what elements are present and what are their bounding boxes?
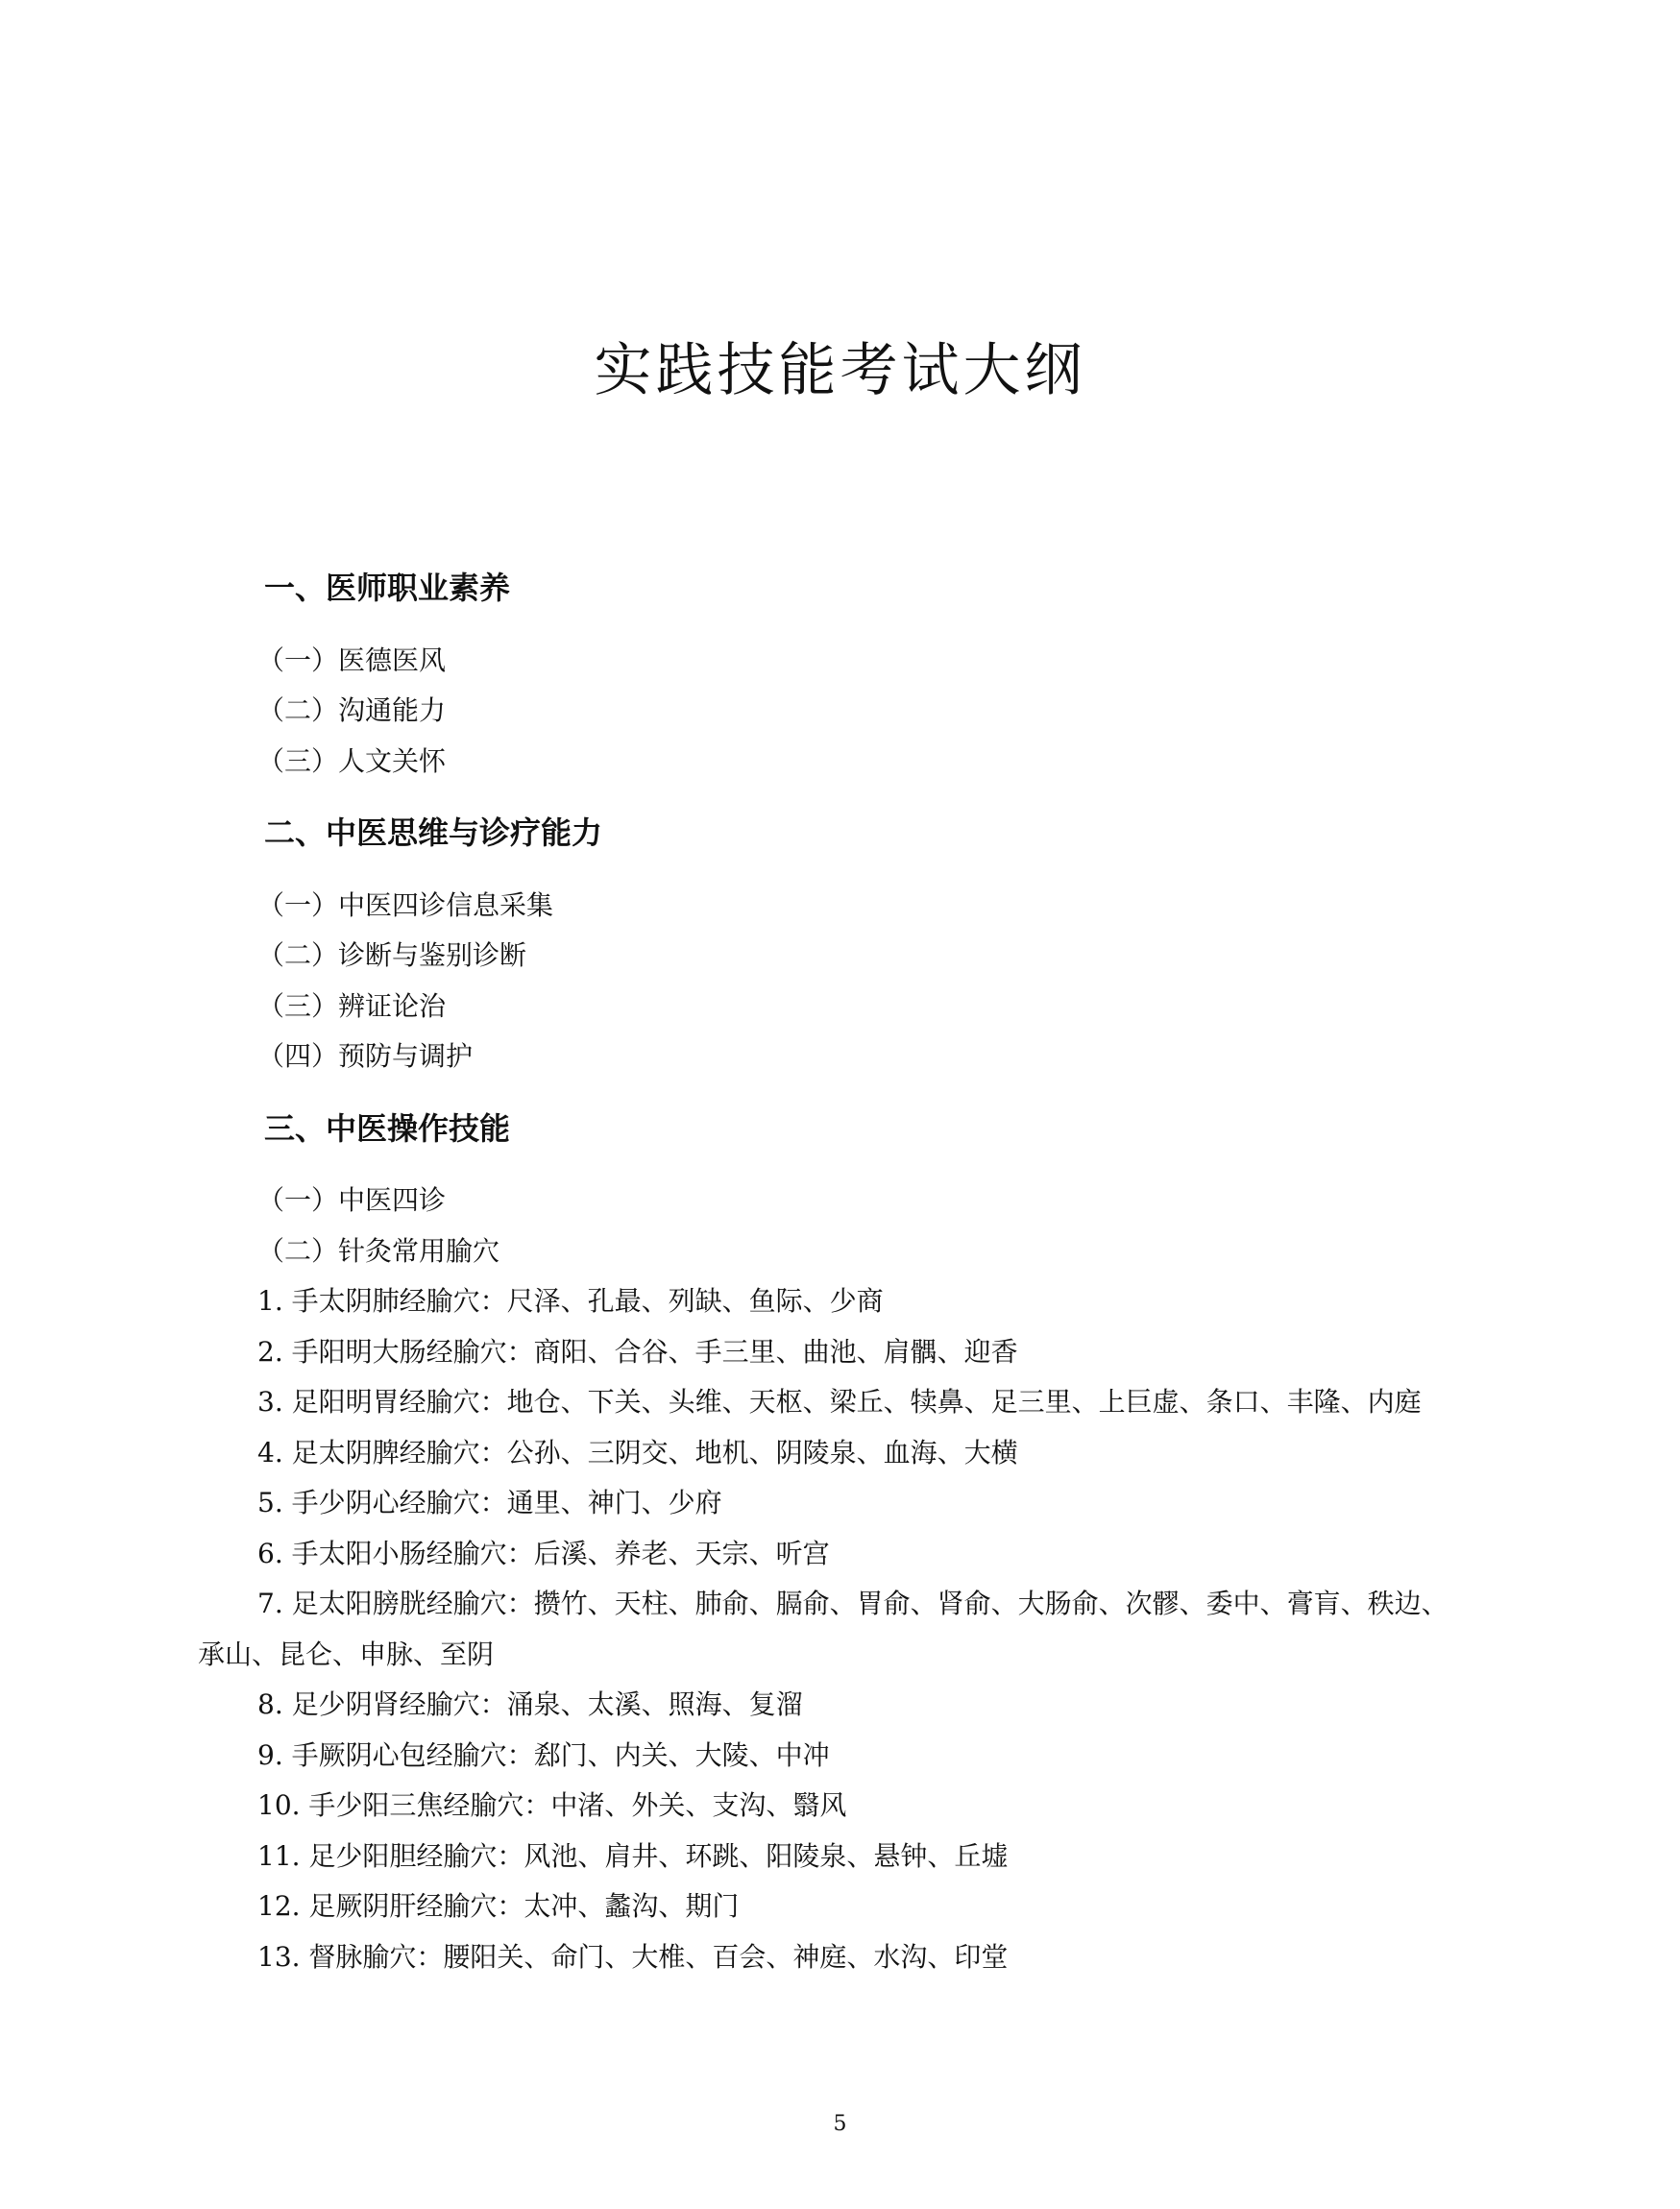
section-heading: 二、中医思维与诊疗能力	[264, 813, 602, 852]
section-heading: 三、中医操作技能	[264, 1109, 510, 1148]
page-number: 5	[0, 2111, 1680, 2138]
section-item: （三）人文关怀	[257, 744, 446, 779]
acupoint-line: 11. 足少阳胆经腧穴：风池、肩井、环跳、阳陵泉、悬钟、丘墟	[257, 1839, 1008, 1874]
section-item: （二）诊断与鉴别诊断	[257, 938, 526, 973]
acupoint-line-continuation: 承山、昆仑、申脉、至阴	[198, 1638, 494, 1672]
acupoint-line: 9. 手厥阴心包经腧穴：郄门、内关、大陵、中冲	[257, 1738, 830, 1773]
acupoint-line: 10. 手少阳三焦经腧穴：中渚、外关、支沟、翳风	[257, 1788, 846, 1823]
acupoint-line: 13. 督脉腧穴：腰阳关、命门、大椎、百会、神庭、水沟、印堂	[257, 1940, 1008, 1975]
section-item: （一）医德医风	[257, 643, 446, 678]
acupoint-line: 5. 手少阴心经腧穴：通里、神门、少府	[257, 1486, 722, 1520]
section-item: （二）沟通能力	[257, 693, 446, 728]
acupoint-line: 1. 手太阴肺经腧穴：尺泽、孔最、列缺、鱼际、少商	[257, 1284, 884, 1319]
acupoint-line: 7. 足太阳膀胱经腧穴：攒竹、天柱、肺俞、膈俞、胃俞、肾俞、大肠俞、次髎、委中、…	[257, 1587, 1449, 1621]
section-item: （二）针灸常用腧穴	[257, 1234, 499, 1269]
section-item: （四）预防与调护	[257, 1039, 473, 1074]
section-item: （一）中医四诊信息采集	[257, 888, 553, 923]
acupoint-line: 3. 足阳明胃经腧穴：地仓、下关、头维、天枢、梁丘、犊鼻、足三里、上巨虚、条口、…	[257, 1385, 1422, 1420]
acupoint-line: 6. 手太阳小肠经腧穴：后溪、养老、天宗、听宫	[257, 1537, 830, 1571]
section-item: （三）辨证论治	[257, 989, 446, 1024]
page-title: 实践技能考试大纲	[0, 334, 1680, 407]
section-heading: 一、医师职业素养	[264, 569, 510, 607]
acupoint-line: 2. 手阳明大肠经腧穴：商阳、合谷、手三里、曲池、肩髃、迎香	[257, 1335, 1018, 1370]
section-item: （一）中医四诊	[257, 1183, 446, 1218]
acupoint-line: 12. 足厥阴肝经腧穴：太冲、蠡沟、期门	[257, 1889, 739, 1924]
acupoint-line: 4. 足太阴脾经腧穴：公孙、三阴交、地机、阴陵泉、血海、大横	[257, 1436, 1018, 1470]
acupoint-line: 8. 足少阴肾经腧穴：涌泉、太溪、照海、复溜	[257, 1687, 803, 1722]
